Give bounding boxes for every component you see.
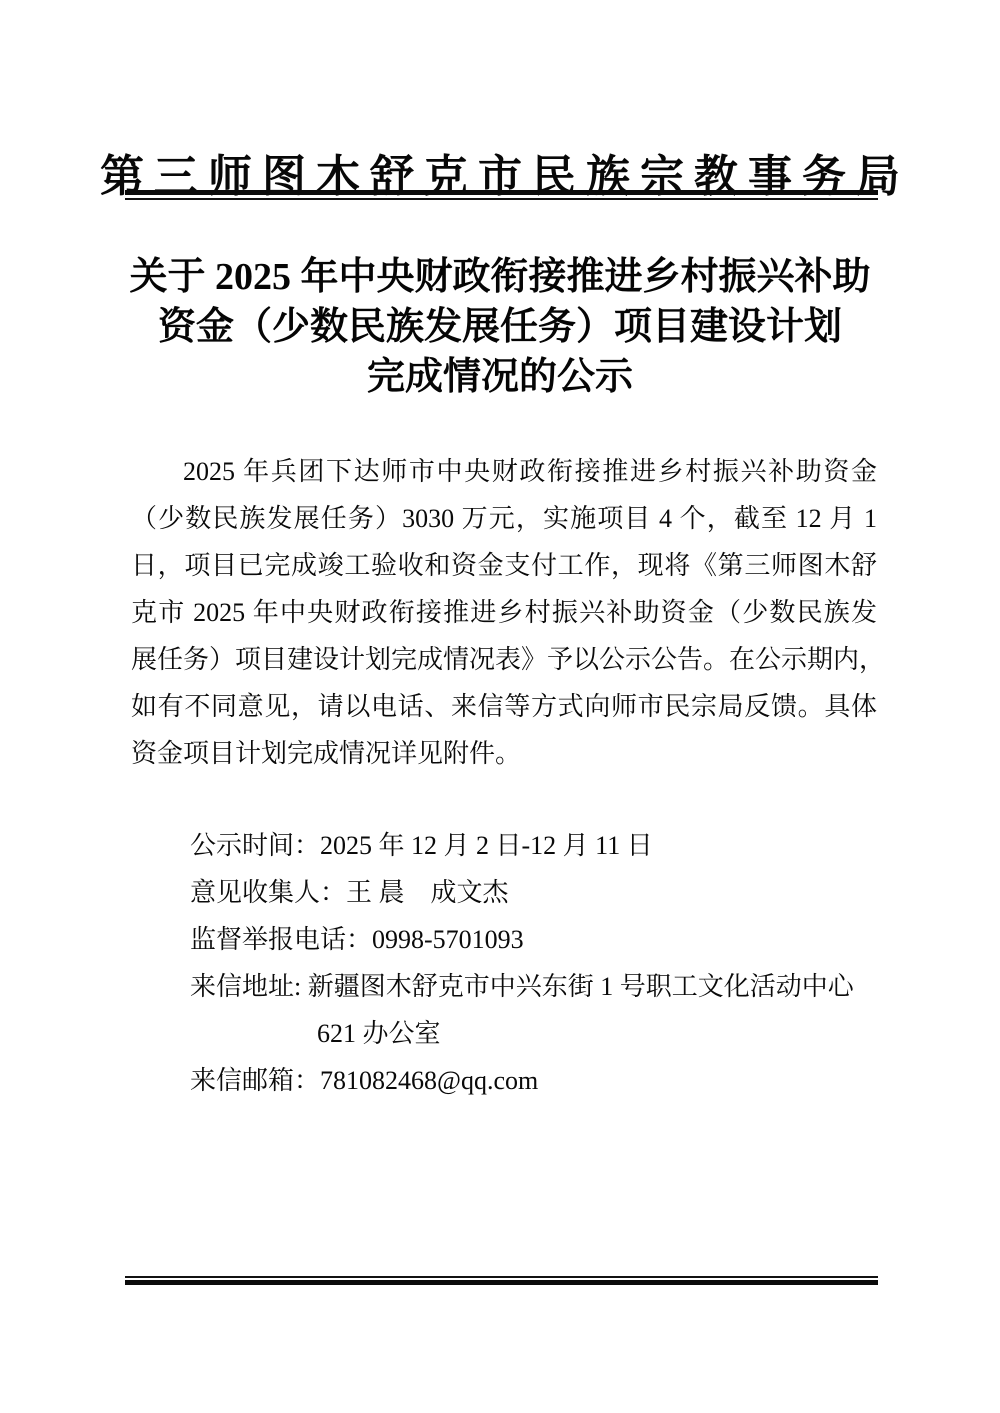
body-paragraph: 2025 年兵团下达师市中央财政衔接推进乡村振兴补助资金 （少数民族发展任务）3… — [131, 448, 877, 777]
info-line-mail-email: 来信邮箱：781082468@qq.com — [190, 1057, 890, 1104]
letterhead-rule-thick-line — [125, 190, 878, 195]
info-line-opinion-collectors: 意见收集人：王 晨 成文杰 — [190, 869, 890, 916]
body-line-6: 如有不同意见，请以电话、来信等方式向师市民宗局反馈。具体 — [131, 683, 877, 730]
document-page: 第三师图木舒克市民族宗教事务局 关于 2025 年中央财政衔接推进乡村振兴补助 … — [0, 0, 1000, 1413]
body-line-2: （少数民族发展任务）3030 万元，实施项目 4 个，截至 12 月 1 — [131, 495, 877, 542]
footer-rule-thin-line — [125, 1276, 878, 1278]
letterhead-rule-thin-line — [125, 198, 878, 200]
doc-title-line-3: 完成情况的公示 — [0, 352, 1000, 402]
body-line-3: 日，项目已完成竣工验收和资金支付工作，现将《第三师图木舒 — [131, 542, 877, 589]
info-line-mail-address: 来信地址: 新疆图木舒克市中兴东街 1 号职工文化活动中心 — [190, 963, 890, 1010]
body-line-1: 2025 年兵团下达师市中央财政衔接推进乡村振兴补助资金 — [131, 448, 877, 495]
info-block: 公示时间：2025 年 12 月 2 日-12 月 11 日 意见收集人：王 晨… — [190, 822, 890, 1104]
letterhead-rule — [125, 190, 878, 200]
footer-rule — [125, 1276, 878, 1285]
info-line-mail-address-continuation: 621 办公室 — [317, 1010, 890, 1057]
doc-title-line-2: 资金（少数民族发展任务）项目建设计划 — [0, 302, 1000, 352]
body-line-7: 资金项目计划完成情况详见附件。 — [131, 730, 877, 777]
doc-title: 关于 2025 年中央财政衔接推进乡村振兴补助 资金（少数民族发展任务）项目建设… — [0, 252, 1000, 402]
info-line-publicity-time: 公示时间：2025 年 12 月 2 日-12 月 11 日 — [190, 822, 890, 869]
footer-rule-thick-line — [125, 1280, 878, 1285]
doc-title-line-1: 关于 2025 年中央财政衔接推进乡村振兴补助 — [0, 252, 1000, 302]
body-line-5: 展任务）项目建设计划完成情况表》予以公示公告。在公示期内， — [131, 636, 877, 683]
info-line-report-phone: 监督举报电话：0998-5701093 — [190, 916, 890, 963]
body-line-4: 克市 2025 年中央财政衔接推进乡村振兴补助资金（少数民族发 — [131, 589, 877, 636]
